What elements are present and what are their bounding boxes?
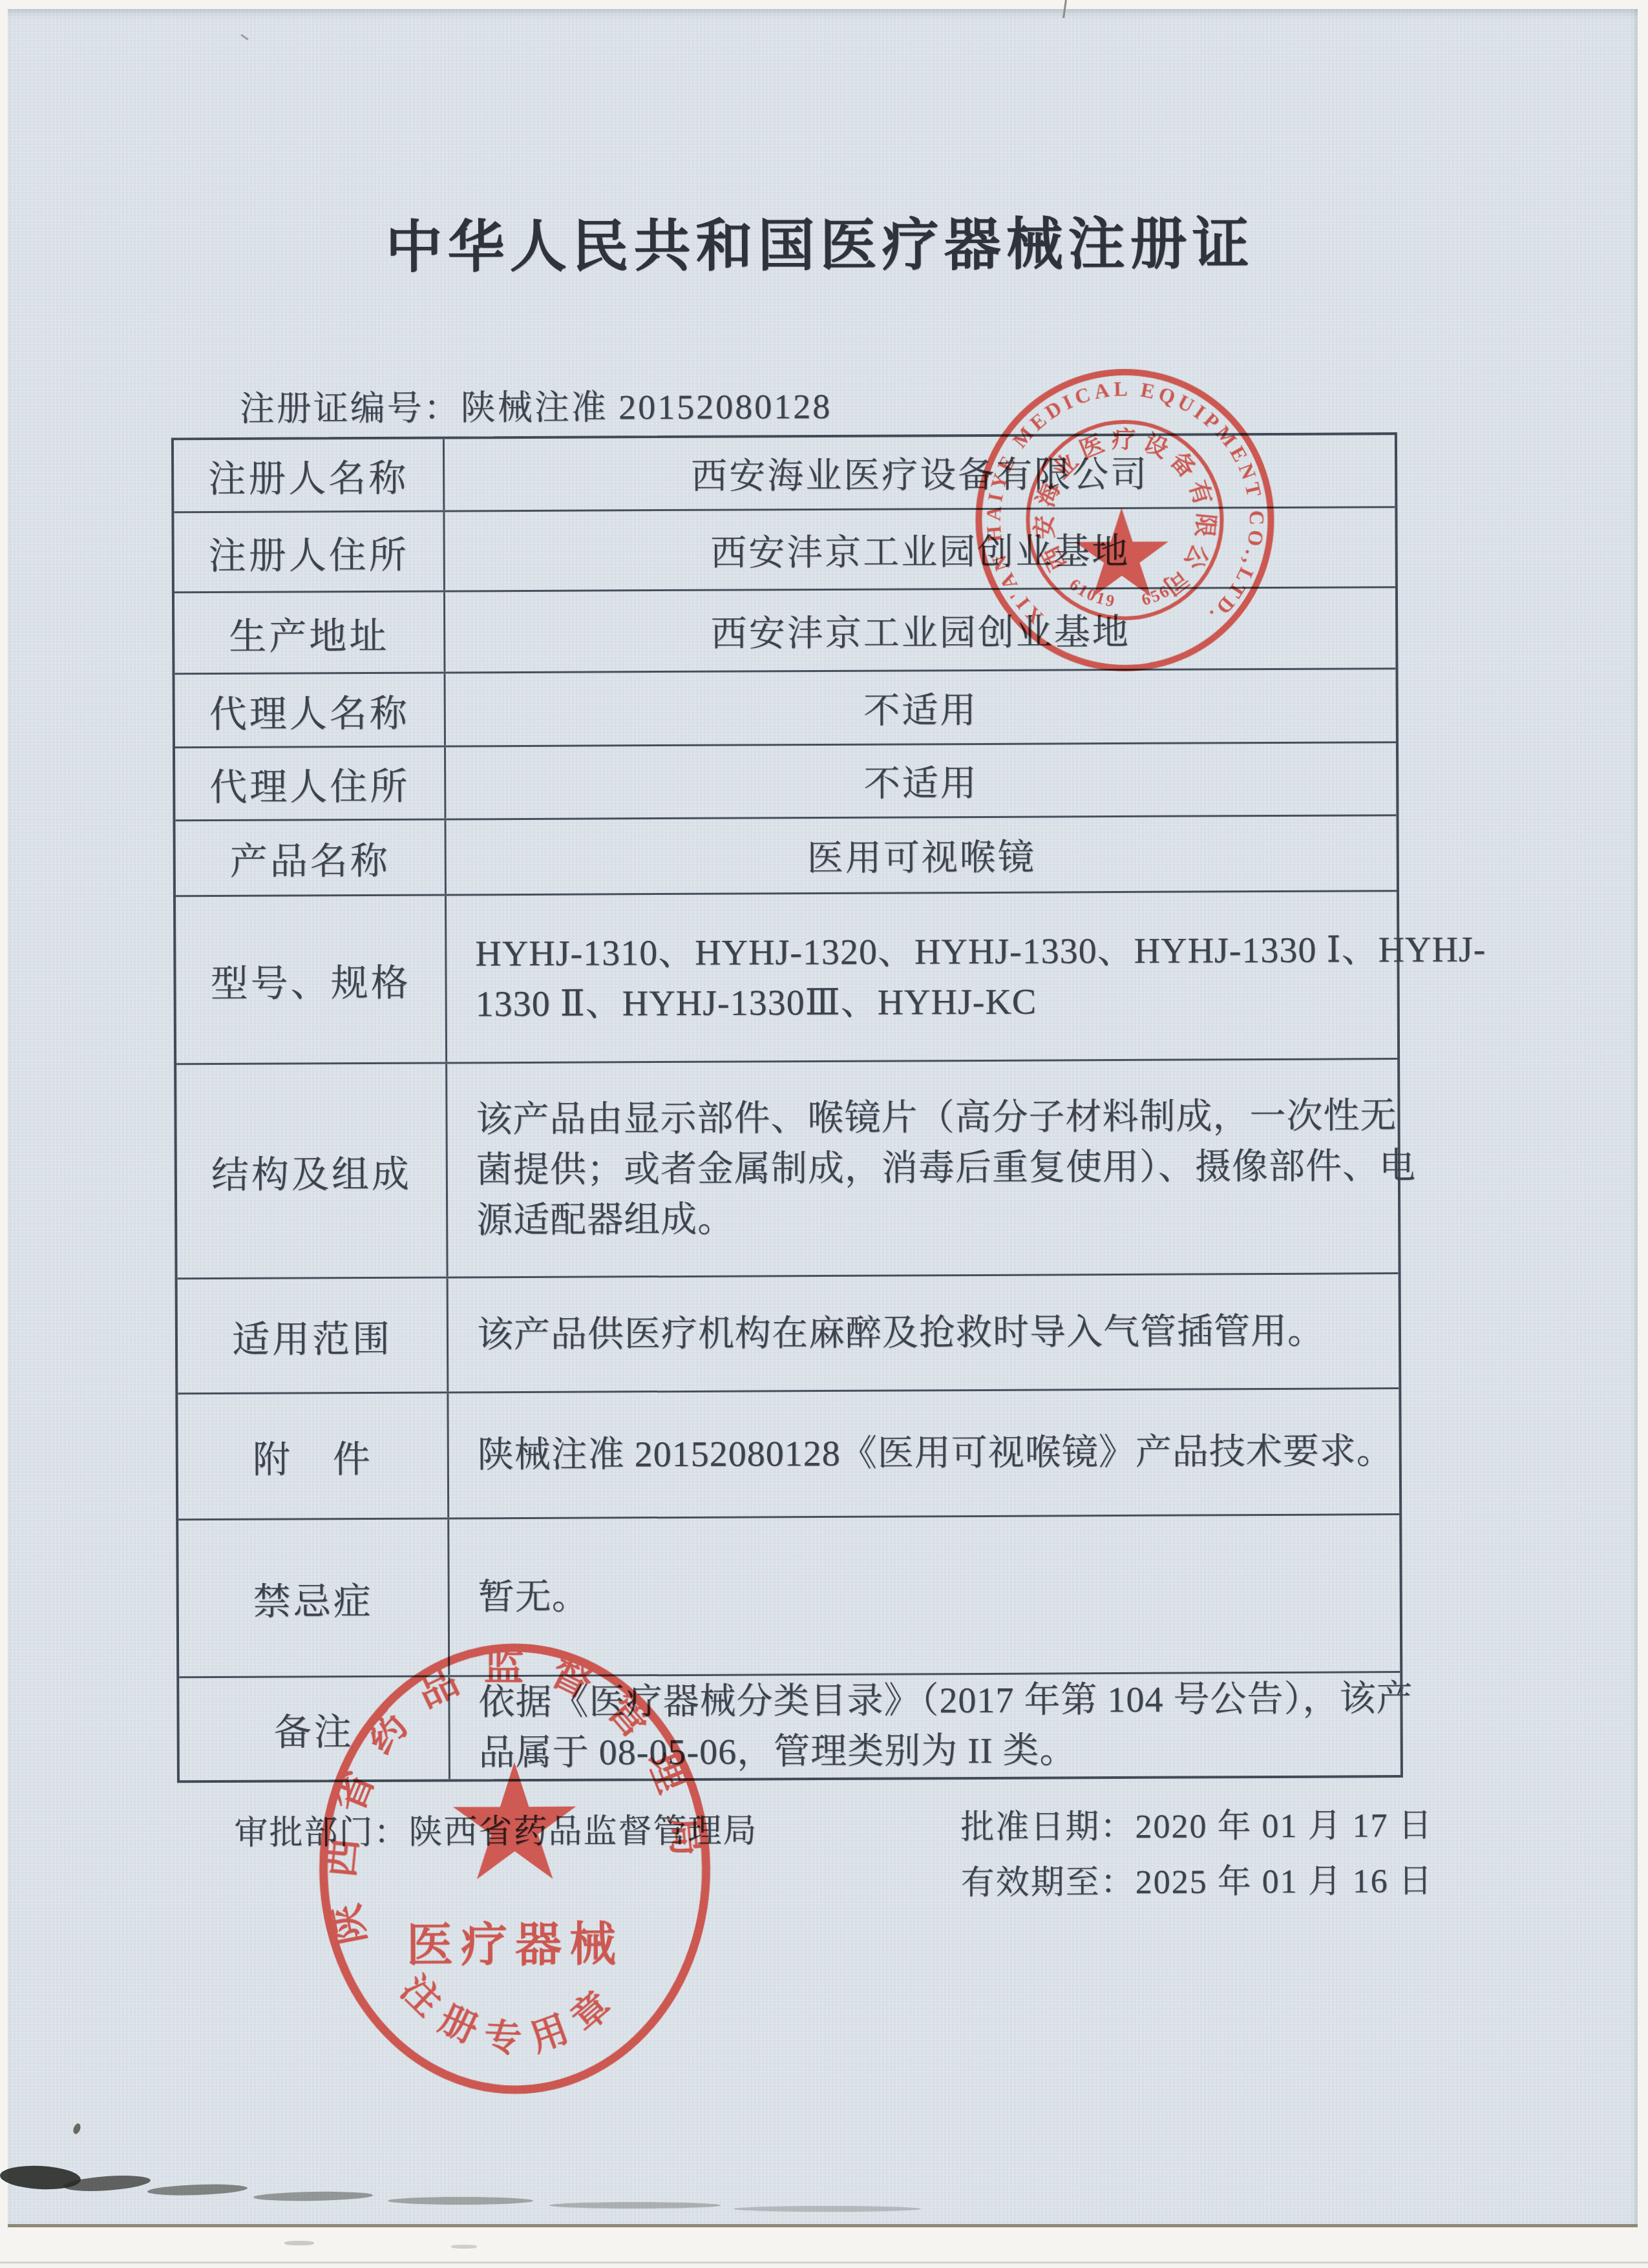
certificate-page: 中华人民共和国医疗器械注册证 注册证编号：陕械注准 20152080128 注册… xyxy=(8,9,1638,2227)
paper-streak xyxy=(284,2241,314,2245)
scanner-bed-line xyxy=(0,2262,1648,2263)
star-icon xyxy=(453,1762,576,1880)
seal-device-text: 医疗器械 xyxy=(407,1918,624,1971)
row-value: 该产品供医疗机构在麻醉及抢救时导入气管插管用。 xyxy=(449,1274,1399,1391)
table-row-agent-name: 代理人名称 不适用 xyxy=(175,669,1396,748)
row-value: 医用可视喉镜 xyxy=(446,816,1396,894)
row-label: 代理人住所 xyxy=(175,748,446,820)
row-label: 附 件 xyxy=(178,1394,449,1519)
scanned-certificate-document: 中华人民共和国医疗器械注册证 注册证编号：陕械注准 20152080128 注册… xyxy=(0,0,1648,2268)
row-label: 结构及组成 xyxy=(176,1064,448,1278)
company-seal-stamp: XI'AN HAIYE MEDICAL EQUIPMENT CO.,LTD. 西… xyxy=(972,368,1277,673)
row-value: 不适用 xyxy=(445,669,1395,745)
approval-date-line: 批准日期：2020 年 01 月 17 日 xyxy=(960,1798,1433,1848)
row-label: 注册人住所 xyxy=(174,512,445,592)
row-value: HYHJ-1310、HYHJ-1320、HYHJ-1330、HYHJ-1330 … xyxy=(447,891,1498,1062)
approval-date-label: 批准日期： xyxy=(960,1809,1135,1846)
row-value: 该产品由显示部件、喉镜片（高分子材料制成，一次性无 菌提供；或者金属制成，消毒后… xyxy=(447,1060,1428,1277)
authority-seal-stamp: 陕西省药品监督管理局 医疗器械 注册专用章 xyxy=(307,1642,729,2103)
row-label: 注册人名称 xyxy=(174,439,445,512)
row-label: 生产地址 xyxy=(174,593,446,673)
table-row-model-spec: 型号、规格 HYHJ-1310、HYHJ-1320、HYHJ-1330、HYHJ… xyxy=(176,892,1397,1065)
row-value: 不适用 xyxy=(446,743,1396,818)
registration-number-line: 注册证编号：陕械注准 20152080128 xyxy=(240,379,832,431)
table-row-agent-address: 代理人住所 不适用 xyxy=(175,743,1396,821)
row-label: 产品名称 xyxy=(175,821,446,896)
table-row-attachment: 附 件 陕械注准 20152080128《医用可视喉镜》产品技术要求。 xyxy=(178,1389,1399,1520)
row-value: 陕械注准 20152080128《医用可视喉镜》产品技术要求。 xyxy=(449,1389,1405,1517)
seal-registration-text: 注册专用章 xyxy=(393,1967,630,2061)
ink-smudge xyxy=(734,2206,921,2212)
registration-number-value: 陕械注准 20152080128 xyxy=(461,387,832,428)
valid-until-label: 有效期至： xyxy=(961,1864,1136,1902)
row-label: 型号、规格 xyxy=(176,896,447,1064)
table-row-structure-composition: 结构及组成 该产品由显示部件、喉镜片（高分子材料制成，一次性无 菌提供；或者金属… xyxy=(176,1060,1398,1279)
paper-streak xyxy=(451,2245,477,2249)
document-title: 中华人民共和国医疗器械注册证 xyxy=(5,197,1635,286)
row-label: 代理人名称 xyxy=(175,674,446,747)
approval-date-value: 2020 年 01 月 17 日 xyxy=(1135,1807,1433,1845)
valid-until-value: 2025 年 01 月 16 日 xyxy=(1136,1863,1433,1901)
table-row-product-name: 产品名称 医用可视喉镜 xyxy=(175,816,1396,897)
valid-until-line: 有效期至：2025 年 01 月 16 日 xyxy=(960,1853,1433,1904)
registration-number-label: 注册证编号： xyxy=(240,388,461,428)
ink-smudge xyxy=(549,2202,721,2209)
ink-smudge xyxy=(388,2197,533,2205)
row-label: 适用范围 xyxy=(178,1279,449,1393)
table-row-scope-of-application: 适用范围 该产品供医疗机构在麻醉及抢救时导入气管插管用。 xyxy=(178,1274,1399,1394)
